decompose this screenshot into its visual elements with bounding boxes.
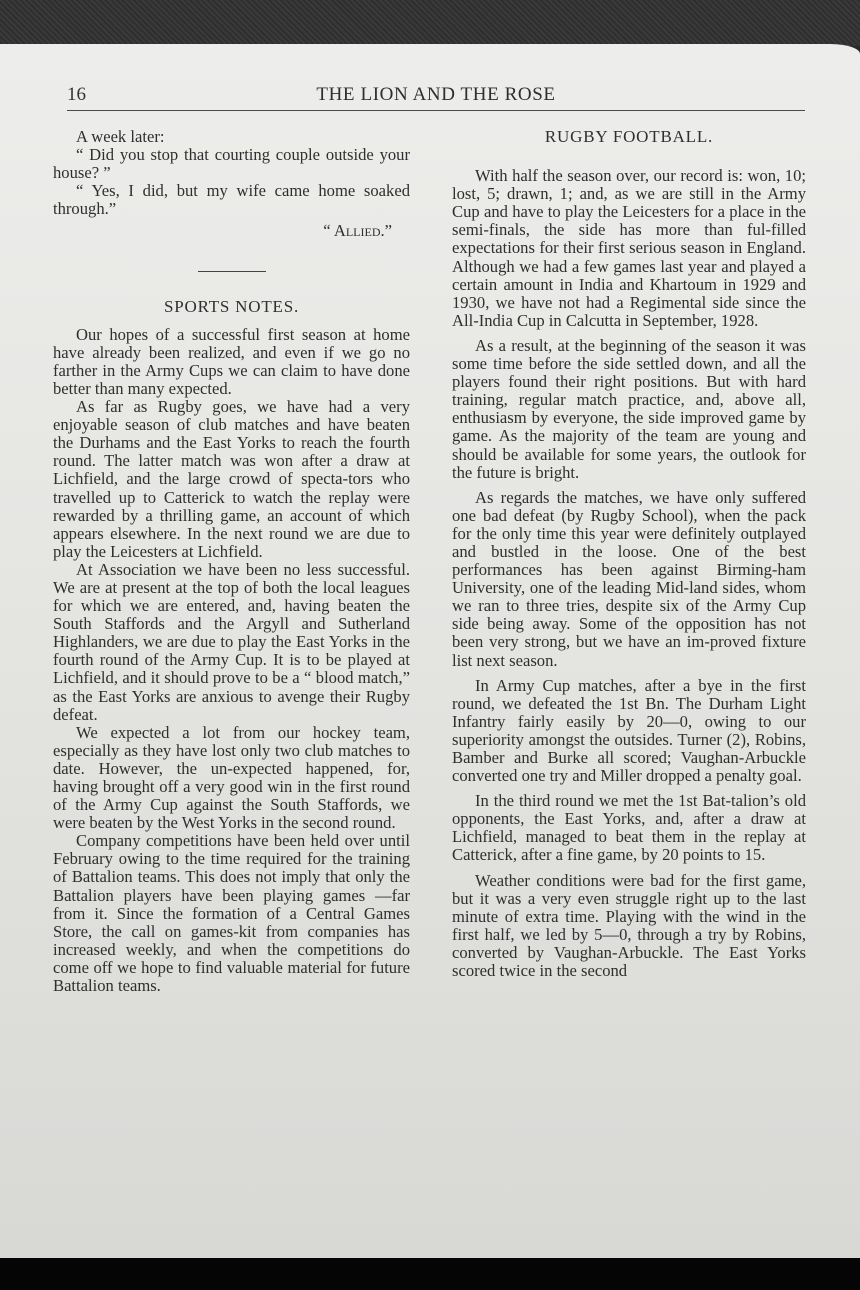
paragraph: At Association we have been no less succ… [53, 561, 410, 724]
right-column: RUGBY FOOTBALL. With half the season ove… [452, 128, 806, 980]
paragraph: As regards the matches, we have only suf… [452, 489, 806, 670]
anecdote-signature: “ Allied.” [53, 222, 410, 240]
paragraph: Our hopes of a successful first season a… [53, 326, 410, 398]
paragraph: As a result, at the beginning of the sea… [452, 337, 806, 482]
section-divider [198, 271, 266, 272]
paragraph: Company competitions have been held over… [53, 832, 410, 995]
paragraph: Weather conditions were bad for the firs… [452, 872, 806, 981]
paragraph: In the third round we met the 1st Bat-ta… [452, 792, 806, 864]
scan-background-top [0, 0, 860, 46]
paragraph: With half the season over, our record is… [452, 167, 806, 330]
left-column: A week later: “ Did you stop that courti… [53, 128, 410, 995]
section-title-sports-notes: SPORTS NOTES. [53, 298, 410, 316]
running-head: 16 THE LION AND THE ROSE [67, 84, 805, 108]
paragraph: In Army Cup matches, after a bye in the … [452, 677, 806, 786]
paragraph: We expected a lot from our hockey team, … [53, 724, 410, 833]
journal-title: THE LION AND THE ROSE [67, 84, 805, 106]
anecdote-line-1: “ Did you stop that courting couple outs… [53, 146, 410, 182]
header-rule [67, 110, 805, 111]
section-title-rugby-football: RUGBY FOOTBALL. [452, 128, 806, 146]
scan-background-bottom [0, 1258, 860, 1290]
anecdote-line-2: “ Yes, I did, but my wife came home soak… [53, 182, 410, 218]
paragraph: As far as Rugby goes, we have had a very… [53, 398, 410, 561]
anecdote-lead: A week later: [53, 128, 410, 146]
